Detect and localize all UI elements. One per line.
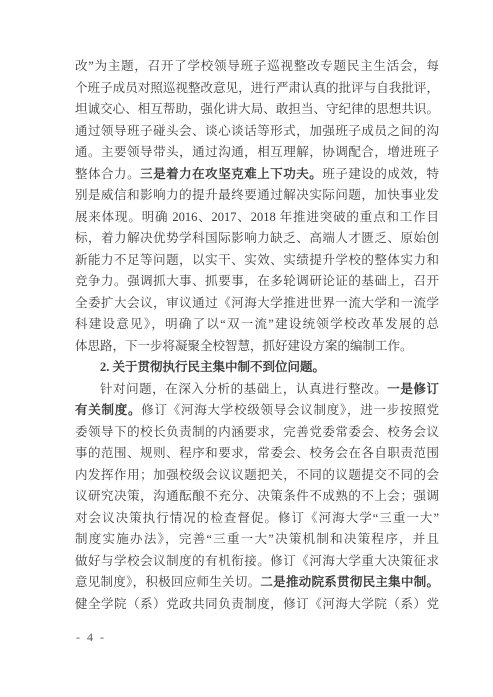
text-line: 2. 关于贯彻执行民主集中制不到位问题。 (75, 357, 439, 379)
text-run: 改”为主题，召开了学校领导班子巡视整改专题民主生活会，每 (75, 59, 439, 73)
text-line: 通过领导班子碰头会、谈心谈话等形式，加强班子成员之间的沟 (75, 121, 439, 143)
text-line: 整体合力。三是着力在攻坚克难上下功夫。班子建设的成效，特 (75, 164, 439, 186)
text-run: 内发挥作用；加强校级会议议题把关，不同的议题提交不同的会 (75, 468, 439, 482)
text-run: 议研究决策，沟通酝酿不充分、决策条件不成熟的不上会；强调 (75, 489, 439, 503)
text-line: 改”为主题，召开了学校领导班子巡视整改专题民主生活会，每 (75, 56, 439, 78)
bold-text-run: 二是推动院系贯彻民主集中制。 (260, 575, 439, 589)
text-line: 有关制度。修订《河海大学校级领导会议制度》，进一步按照党 (75, 400, 439, 422)
text-line: 意见制度》，积极回应师生关切。二是推动院系贯彻民主集中制。 (75, 572, 439, 594)
text-run: 整体合力。 (75, 167, 140, 181)
text-line: 健全学院（系）党政共同负责制度，修订《河海大学院（系）党 (75, 594, 439, 616)
text-run: 个班子成员对照巡视整改意见，进行严肃认真的批评与自我批评， (75, 81, 439, 95)
text-run: 做好与学校会议制度的有机衔接。修订《河海大学重大决策征求 (75, 554, 439, 568)
text-run: 对会议决策执行情况的检查督促。修订《河海大学“三重一大” (75, 511, 439, 525)
text-line: 个班子成员对照巡视整改意见，进行严肃认真的批评与自我批评， (75, 78, 439, 100)
text-run: 体思路，下一步将凝聚全校智慧，抓好建设方案的编制工作。 (75, 339, 413, 353)
text-run: 针对问题，在深入分析的基础上，认真进行整改。 (100, 382, 387, 396)
bold-text-run: 三是着力在攻坚克难上下功夫。 (140, 167, 322, 181)
text-block: 改”为主题，召开了学校领导班子巡视整改专题民主生活会，每个班子成员对照巡视整改意… (75, 56, 439, 615)
text-line: 制度实施办法》，完善“三重一大”决策机制和决策程序，并且 (75, 529, 439, 551)
text-line: 全委扩大会议，审议通过《河海大学推进世界一流大学和一流学 (75, 293, 439, 315)
text-line: 委领导下的校长负责制的内涵要求，完善党委常委会、校务会议 (75, 422, 439, 444)
text-run: 委领导下的校长负责制的内涵要求，完善党委常委会、校务会议 (75, 425, 439, 439)
text-run: 科建设意见》，明确了以“双一流”建设统领学校改革发展的总 (75, 317, 439, 331)
text-line: 对会议决策执行情况的检查督促。修订《河海大学“三重一大” (75, 508, 439, 530)
text-run: 通过领导班子碰头会、谈心谈话等形式，加强班子成员之间的沟 (75, 124, 439, 138)
text-line: 事的范围、规则、程序和要求，常委会、校务会在各自职责范围 (75, 443, 439, 465)
text-line: 坦诚交心、相互帮助，强化讲大局、敢担当、守纪律的思想共识。 (75, 99, 439, 121)
text-line: 竞争力。强调抓大事、抓要事，在多轮调研论证的基础上，召开 (75, 271, 439, 293)
text-line: 针对问题，在深入分析的基础上，认真进行整改。一是修订 (75, 379, 439, 401)
text-run: 新能力不足等问题，以实干、实效、实绩提升学校的整体实力和 (75, 253, 439, 267)
text-line: 通。主要领导带头，通过沟通，相互理解，协调配合，增进班子 (75, 142, 439, 164)
text-run: 意见制度》，积极回应师生关切。 (75, 575, 260, 589)
text-run: 通。主要领导带头，通过沟通，相互理解，协调配合，增进班子 (75, 145, 439, 159)
text-line: 体思路，下一步将凝聚全校智慧，抓好建设方案的编制工作。 (75, 336, 439, 358)
text-run: 健全学院（系）党政共同负责制度，修订《河海大学院（系）党 (75, 597, 439, 611)
text-run: 别是威信和影响力的提升最终要通过解决实际问题，加快事业发 (75, 188, 439, 202)
text-line: 新能力不足等问题，以实干、实效、实绩提升学校的整体实力和 (75, 250, 439, 272)
text-line: 展来体现。明确 2016、2017、2018 年推进突破的重点和工作目 (75, 207, 439, 229)
text-run: 坦诚交心、相互帮助，强化讲大局、敢担当、守纪律的思想共识。 (75, 102, 439, 116)
text-line: 科建设意见》，明确了以“双一流”建设统领学校改革发展的总 (75, 314, 439, 336)
text-run: 全委扩大会议，审议通过《河海大学推进世界一流大学和一流学 (75, 296, 439, 310)
text-line: 别是威信和影响力的提升最终要通过解决实际问题，加快事业发 (75, 185, 439, 207)
bold-text-run: 2. 关于贯彻执行民主集中制不到位问题。 (100, 360, 325, 374)
text-line: 内发挥作用；加强校级会议议题把关，不同的议题提交不同的会 (75, 465, 439, 487)
text-run: 班子建设的成效，特 (322, 167, 439, 181)
text-line: 做好与学校会议制度的有机衔接。修订《河海大学重大决策征求 (75, 551, 439, 573)
text-run: 标，着力解决优势学科国际影响力缺乏、高端人才匮乏、原始创 (75, 231, 439, 245)
text-run: 修订《河海大学校级领导会议制度》，进一步按照党 (141, 403, 439, 417)
page-number: - 4 - (76, 629, 106, 645)
text-run: 展来体现。明确 2016、2017、2018 年推进突破的重点和工作目 (75, 210, 439, 224)
document-page: 改”为主题，召开了学校领导班子巡视整改专题民主生活会，每个班子成员对照巡视整改意… (0, 0, 493, 697)
bold-text-run: 有关制度。 (75, 403, 141, 417)
text-run: 制度实施办法》，完善“三重一大”决策机制和决策程序，并且 (75, 532, 439, 546)
text-run: 事的范围、规则、程序和要求，常委会、校务会在各自职责范围 (75, 446, 439, 460)
text-line: 标，着力解决优势学科国际影响力缺乏、高端人才匮乏、原始创 (75, 228, 439, 250)
text-line: 议研究决策，沟通酝酿不充分、决策条件不成熟的不上会；强调 (75, 486, 439, 508)
text-run: 竞争力。强调抓大事、抓要事，在多轮调研论证的基础上，召开 (75, 274, 439, 288)
bold-text-run: 一是修订 (387, 382, 439, 396)
